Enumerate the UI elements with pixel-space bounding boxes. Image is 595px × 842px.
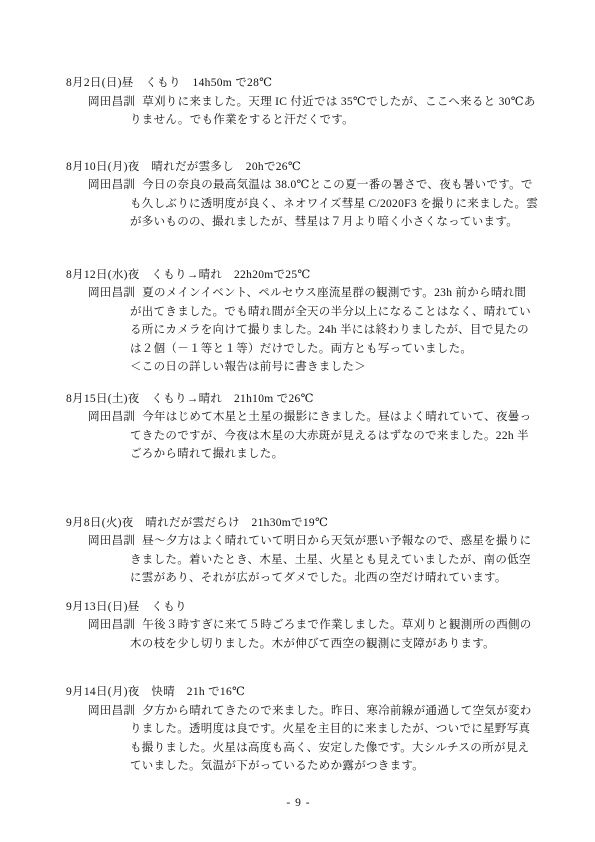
entry-body-line: 夏のメインイベント、ペルセウス座流星群の観測です。23h 前から晴れ間 [142, 284, 526, 303]
entry-header: 8月15日(土)夜 くもり→晴れ 21h10m で26℃ [66, 390, 531, 409]
entry-body-line: が多いものの、撮れましたが、彗星は７月より暗く小さくなっています。 [66, 213, 531, 232]
entry-body-line: ごろから晴れて撮れました。 [66, 445, 531, 464]
entry-header: 9月13日(日)昼 くもり [66, 598, 531, 617]
entry-header: 8月10日(月)夜 晴れだが雲多し 20hで26℃ [66, 158, 531, 177]
entry-body-line: も久しぶりに透明度が良く、ネオワイズ彗星 C/2020F3 を撮りに来ました。雲 [66, 195, 531, 214]
document-page: 8月2日(日)昼 くもり 14h50m で28℃ 岡田昌訓 草刈りに来ました。天… [0, 0, 595, 842]
entry-first-line: 岡田昌訓 午後３時すぎに来て５時ごろまで作業しました。草刈りと観測所の西側の [66, 616, 531, 635]
entry-first-line: 岡田昌訓 今日の奈良の最高気温は 38.0℃とこの夏一番の暑さで、夜も暑いです。… [66, 176, 531, 195]
entry-body-line: に雲があり、それが広がってダメでした。北西の空だけ晴れています。 [66, 569, 531, 588]
entry-body-line: きました。着いたとき、木星、土星、火星とも見えていましたが、南の低空 [66, 551, 531, 570]
entry-body-line: が出てきました。でも晴れ間が全天の半分以上になることはなく、晴れてい [66, 303, 531, 322]
log-entry-sep-8: 9月8日(火)夜 晴れだが雲だらけ 21h30mで19℃ 岡田昌訓 昼～夕方はよ… [66, 514, 531, 588]
log-entry-aug-2: 8月2日(日)昼 くもり 14h50m で28℃ 岡田昌訓 草刈りに来ました。天… [66, 74, 531, 130]
entry-body-line: 午後３時すぎに来て５時ごろまで作業しました。草刈りと観測所の西側の [142, 616, 531, 635]
entry-author: 岡田昌訓 [88, 702, 135, 721]
entry-author: 岡田昌訓 [88, 408, 135, 427]
entry-body-line: 今日の奈良の最高気温は 38.0℃とこの夏一番の暑さで、夜も暑いです。で [142, 176, 533, 195]
log-entry-aug-15: 8月15日(土)夜 くもり→晴れ 21h10m で26℃ 岡田昌訓 今年はじめて… [66, 390, 531, 464]
log-entry-sep-13: 9月13日(日)昼 くもり 岡田昌訓 午後３時すぎに来て５時ごろまで作業しました… [66, 598, 531, 654]
entry-author: 岡田昌訓 [88, 93, 135, 112]
entry-header: 8月12日(水)夜 くもり→晴れ 22h20mで25℃ [66, 266, 531, 285]
log-entry-sep-14: 9月14日(月)夜 快晴 21h で16℃ 岡田昌訓 夕方から晴れてきたので来ま… [66, 683, 531, 776]
entry-body-line: は２個（－１等と１等）だけでした。両方とも写っていました。 [66, 340, 531, 359]
entry-first-line: 岡田昌訓 今年はじめて木星と土星の撮影にきました。昼はよく晴れていて、夜曇っ [66, 408, 531, 427]
entry-header: 9月14日(月)夜 快晴 21h で16℃ [66, 683, 531, 702]
entry-first-line: 岡田昌訓 夏のメインイベント、ペルセウス座流星群の観測です。23h 前から晴れ間 [66, 284, 531, 303]
entry-body-line: 木の枝を少し切りました。木が伸びて西空の観測に支障があります。 [66, 635, 531, 654]
entry-first-line: 岡田昌訓 夕方から晴れてきたので来ました。昨日、寒冷前線が通過して空気が変わ [66, 702, 531, 721]
entry-body-line: も撮りました。火星は高度も高く、安定した像です。大シルチスの所が見え [66, 739, 531, 758]
entry-first-line: 岡田昌訓 草刈りに来ました。天理 IC 付近では 35℃でしたが、ここへ来ると … [66, 93, 531, 112]
entry-author: 岡田昌訓 [88, 532, 135, 551]
entry-header: 9月8日(火)夜 晴れだが雲だらけ 21h30mで19℃ [66, 514, 531, 533]
log-entry-aug-10: 8月10日(月)夜 晴れだが雲多し 20hで26℃ 岡田昌訓 今日の奈良の最高気… [66, 158, 531, 232]
log-entry-aug-12: 8月12日(水)夜 くもり→晴れ 22h20mで25℃ 岡田昌訓 夏のメインイベ… [66, 266, 531, 377]
entry-body-line: 草刈りに来ました。天理 IC 付近では 35℃でしたが、ここへ来ると 30℃あ [142, 93, 535, 112]
entry-header: 8月2日(日)昼 くもり 14h50m で28℃ [66, 74, 531, 93]
entry-first-line: 岡田昌訓 昼～夕方はよく晴れていて明日から天気が悪い予報なので、惑星を撮りに [66, 532, 531, 551]
entry-body-line: てきたのですが、今夜は木星の大赤斑が見えるはずなので来ました。22h 半 [66, 427, 531, 446]
entry-author: 岡田昌訓 [88, 176, 135, 195]
entry-note-line: ＜この日の詳しい報告は前号に書きました＞ [66, 358, 531, 377]
entry-body-line: 昼～夕方はよく晴れていて明日から天気が悪い予報なので、惑星を撮りに [142, 532, 531, 551]
entry-body-line: ていました。気温が下がっているためか露がつきます。 [66, 757, 531, 776]
entry-body-line: 今年はじめて木星と土星の撮影にきました。昼はよく晴れていて、夜曇っ [142, 408, 531, 427]
page-number: - 9 - [66, 794, 531, 813]
entry-body-line: りました。透明度は良です。火星を主目的に来ましたが、ついでに星野写真 [66, 720, 531, 739]
entry-body-line: りません。でも作業をすると汗だくです。 [66, 111, 531, 130]
entry-body-line: 夕方から晴れてきたので来ました。昨日、寒冷前線が通過して空気が変わ [142, 702, 531, 721]
entry-body-line: る所にカメラを向けて撮りました。24h 半には終わりましたが、目で見たの [66, 321, 531, 340]
entry-author: 岡田昌訓 [88, 284, 135, 303]
entry-author: 岡田昌訓 [88, 616, 135, 635]
